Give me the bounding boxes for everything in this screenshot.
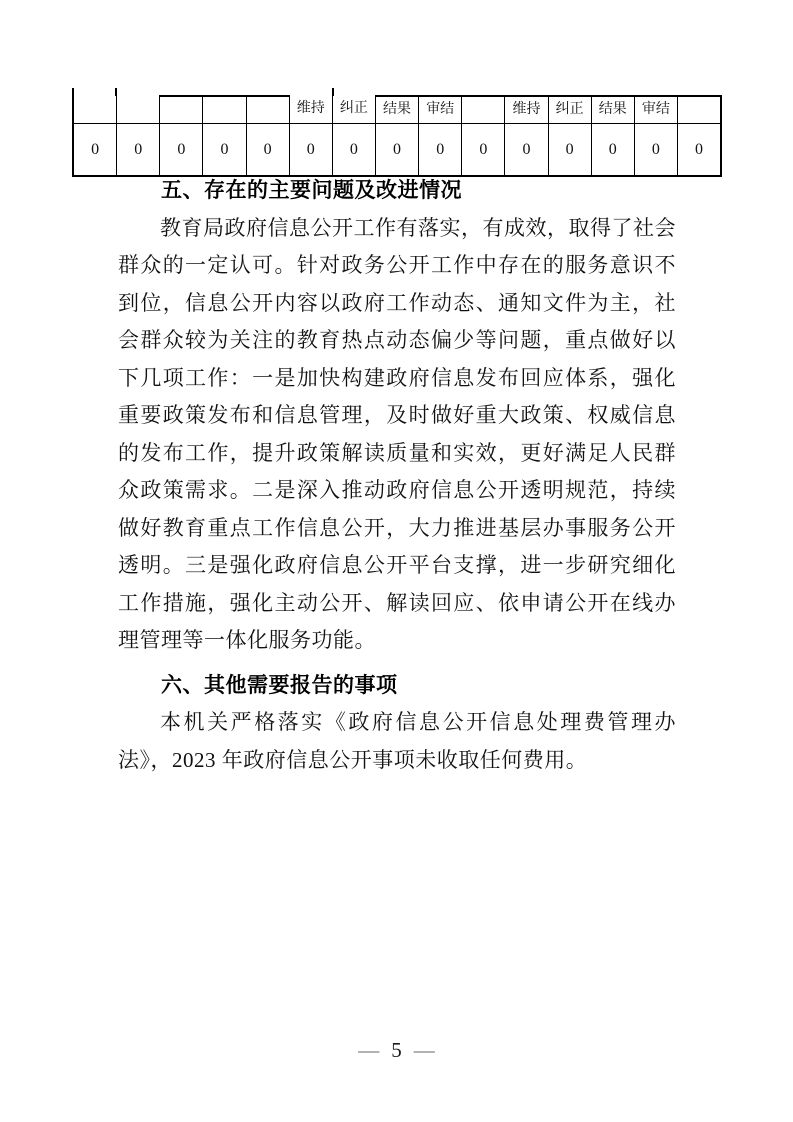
table-value-cell: 0 [333, 124, 376, 175]
section-5-paragraph: 教育局政府信息公开工作有落实，有成效，取得了社会群众的一定认可。针对政务公开工作… [118, 210, 676, 660]
table-header-cell: 维持 [290, 95, 333, 124]
table-value-cell: 0 [74, 124, 117, 175]
table-value-cell: 0 [247, 124, 290, 175]
table-value-cell: 0 [117, 124, 160, 175]
table-header-cell: 结果 [592, 95, 635, 124]
page-number: —5— [0, 1036, 793, 1064]
table-header-cell [247, 95, 290, 124]
table-header-cell [160, 95, 203, 124]
table-header-cell [117, 95, 160, 124]
table-value-cell: 0 [678, 124, 720, 175]
table-header-cell [462, 95, 505, 124]
table-header-row: 维持纠正结果审结维持纠正结果审结 [74, 95, 720, 124]
table-value-cell: 0 [462, 124, 505, 175]
section-6-heading: 六、其他需要报告的事项 [118, 667, 676, 705]
table-header-cell: 维持 [505, 95, 548, 124]
table-value-cell: 0 [505, 124, 548, 175]
table-value-cell: 0 [549, 124, 592, 175]
table-header-cell [203, 95, 246, 124]
table-header-cell: 审结 [419, 95, 462, 124]
table-value-cell: 0 [635, 124, 678, 175]
table-value-cell: 0 [160, 124, 203, 175]
continued-statistics-table: 维持纠正结果审结维持纠正结果审结 000000000000000 [72, 95, 722, 177]
table-header-cell [74, 95, 117, 124]
section-5-heading: 五、存在的主要问题及改进情况 [118, 172, 676, 210]
page-number-right-dash: — [402, 1038, 447, 1062]
table-value-cell: 0 [376, 124, 419, 175]
document-page: 维持纠正结果审结维持纠正结果审结 000000000000000 五、存在的主要… [0, 0, 793, 1122]
table-header-cell: 审结 [635, 95, 678, 124]
document-body: 五、存在的主要问题及改进情况 教育局政府信息公开工作有落实，有成效，取得了社会群… [118, 172, 676, 779]
table-value-cell: 0 [592, 124, 635, 175]
table-value-cell: 0 [419, 124, 462, 175]
table-header-cell: 纠正 [549, 95, 592, 124]
table-header-cell [678, 95, 720, 124]
table-header-cell: 纠正 [333, 95, 376, 124]
page-number-left-dash: — [346, 1038, 391, 1062]
page-number-value: 5 [391, 1038, 402, 1062]
table-value-cell: 0 [203, 124, 246, 175]
table-value-cell: 0 [290, 124, 333, 175]
section-6-paragraph: 本机关严格落实《政府信息公开信息处理费管理办法》，2023 年政府信息公开事项未… [118, 704, 676, 779]
table-value-row: 000000000000000 [74, 124, 720, 175]
table-header-cell: 结果 [376, 95, 419, 124]
